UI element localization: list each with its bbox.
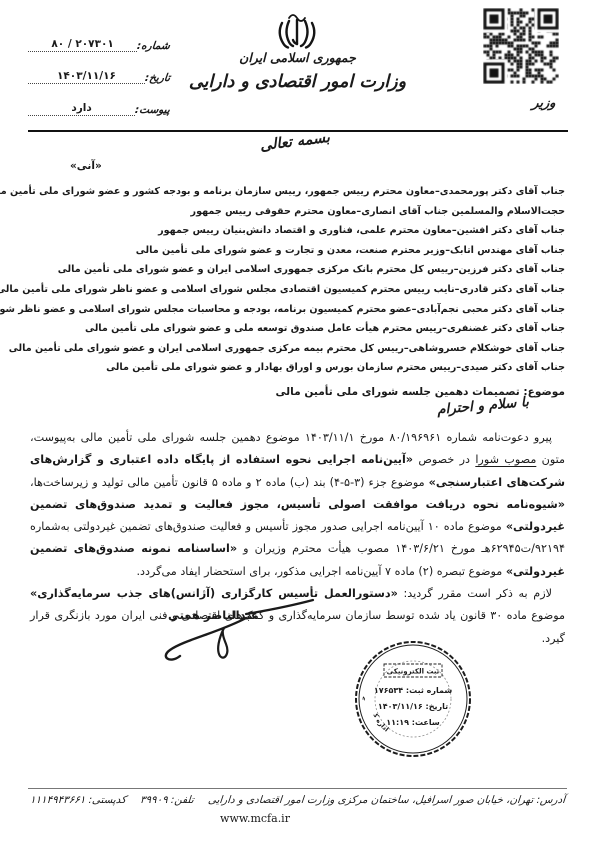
footer-divider — [28, 788, 567, 789]
recipient-line: جناب آقای دکتر محبی نجم‌آبادی–عضو محترم … — [30, 300, 565, 320]
footer-address: آدرس: تهران، خیابان صور اسرافیل، ساختمان… — [207, 794, 565, 806]
recipient-line: جناب آقای خوشکلام خسروشاهی–رییس کل محترم… — [30, 339, 565, 359]
urgency-tag: «آنی» — [70, 160, 102, 172]
date-value: ۱۴۰۳/۱۱/۱۶ — [28, 70, 145, 84]
footer-phone: تلفن: ۳۹۹۰۹ — [140, 794, 195, 806]
attachment-row: پیوست: دارد — [28, 102, 170, 116]
footer-contact-line: آدرس: تهران، خیابان صور اسرافیل، ساختمان… — [30, 794, 565, 806]
recipient-line: جناب آقای دکتر افشین–معاون محترم علمی، ف… — [30, 221, 565, 241]
recipient-line: جناب آقای دکتر غضنفری–رییس محترم هیأت عا… — [30, 319, 565, 339]
header-divider — [28, 130, 568, 132]
attachment-label: پیوست: — [135, 104, 171, 116]
stamp-reg-no: شماره ثبت: ۱۷۶۵۳۴ — [374, 686, 453, 695]
recipient-line: حجت‌الاسلام والمسلمین جناب آقای انصاری–م… — [30, 202, 565, 222]
recipient-line: جناب آقای دکتر صیدی–رییس محترم سازمان بو… — [30, 358, 565, 378]
letter-page: وزیر جمهوری اسلامی ایران وزارت امور اقتص… — [0, 0, 595, 842]
registration-stamp: حوزه معاونت اداری و مالی معاونت اجرایی ر… — [352, 636, 474, 762]
ministry-title: وزارت امور اقتصادی و دارایی — [130, 72, 465, 92]
number-value: ۲۰۷۳۰۱ / ۸۰ — [28, 38, 137, 52]
signature-icon — [150, 598, 315, 683]
iran-emblem-icon — [275, 6, 319, 52]
attachment-value: دارد — [28, 102, 135, 116]
qr-code — [483, 8, 559, 84]
recipients-list: جناب آقای دکتر پورمحمدی–معاون محترم رییس… — [30, 182, 565, 378]
letter-date-row: تاریخ: ۱۴۰۳/۱۱/۱۶ — [28, 70, 170, 84]
letter-number-row: شماره: ۲۰۷۳۰۱ / ۸۰ — [28, 38, 170, 52]
minister-label: وزیر — [511, 96, 577, 111]
footer-website: www.mcfa.ir — [190, 812, 320, 825]
recipient-line: جناب آقای دکتر قادری–نایب رییس محترم کمی… — [30, 280, 565, 300]
recipient-line: جناب آقای دکتر پورمحمدی–معاون محترم رییس… — [30, 182, 565, 202]
stamp-reg-time: ساعت: ۱۱:۱۹ — [386, 718, 440, 727]
footer-postal-code: کدپستی: ۱۱۱۴۹۴۳۶۶۱ — [29, 794, 126, 806]
stamp-ereg-label: ثبت الکترونیکی — [387, 668, 440, 676]
date-label: تاریخ: — [144, 72, 170, 84]
state-title: جمهوری اسلامی ایران — [170, 50, 425, 65]
recipient-line: جناب آقای مهندس اتابک–وزیر محترم صنعت، م… — [30, 241, 565, 261]
stamp-reg-date: تاریخ: ۱۴۰۳/۱۱/۱۶ — [378, 702, 448, 711]
number-label: شماره: — [137, 40, 171, 52]
recipient-line: جناب آقای دکتر فرزین–رییس کل محترم بانک … — [30, 260, 565, 280]
body-paragraph-1: پیرو دعوت‌نامه شماره ۸۰/۱۹۶۹۶۱ مورخ ۱۴۰۳… — [30, 427, 565, 583]
